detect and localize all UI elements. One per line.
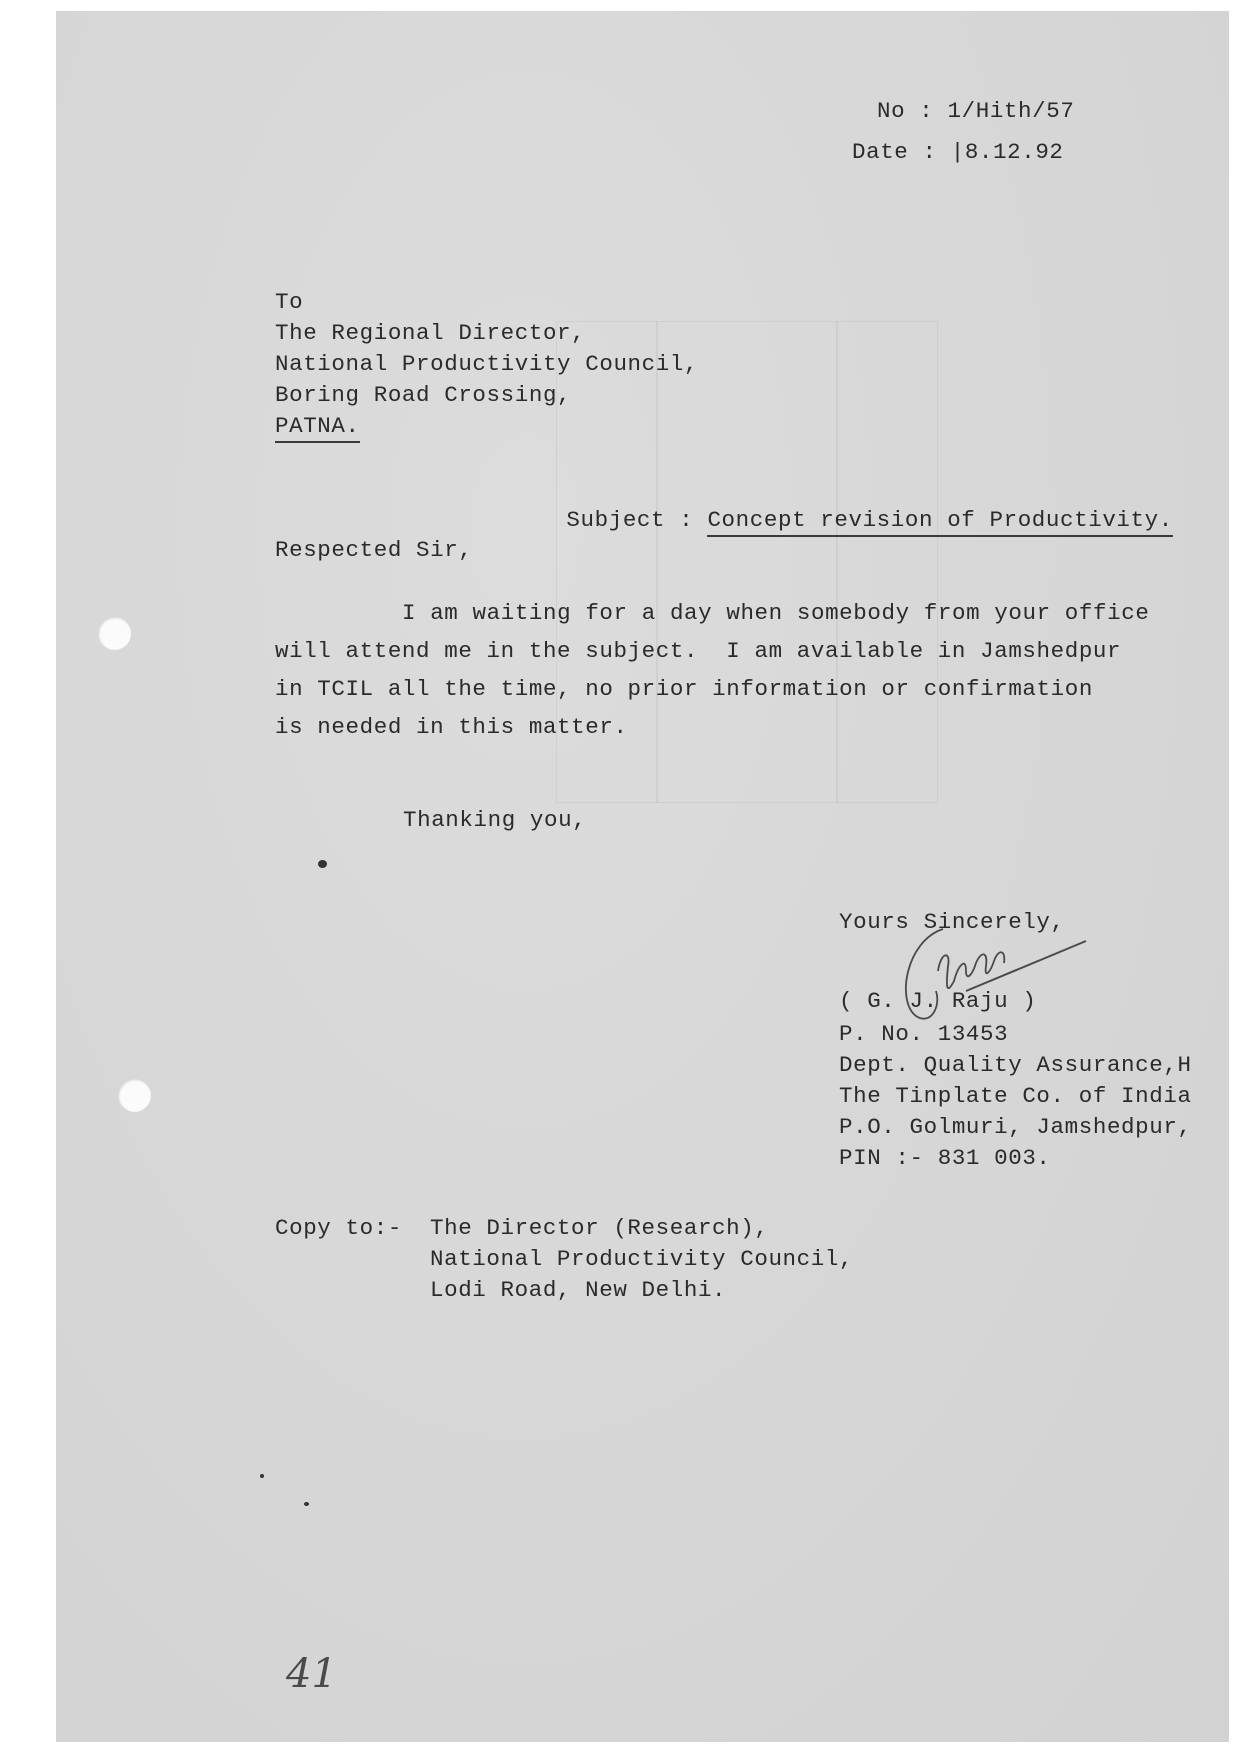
punch-hole <box>98 617 131 650</box>
closing: Thanking you, <box>403 807 586 833</box>
copy-to-line: The Director (Research), <box>430 1215 768 1241</box>
signatory-detail: P. No. 13453 <box>839 1021 1008 1047</box>
show-through-rule <box>656 321 658 803</box>
body-line: in TCIL all the time, no prior informati… <box>275 676 1093 702</box>
copy-to-line: National Productivity Council, <box>430 1246 853 1272</box>
handwritten-page-number: 41 <box>286 1651 337 1697</box>
show-through-rule <box>836 321 838 803</box>
recipient-line: Boring Road Crossing, <box>275 382 571 408</box>
subject-line: Subject : Concept revision of Productivi… <box>510 481 1173 559</box>
recipient-to: To <box>275 289 303 315</box>
recipient-line: National Productivity Council, <box>275 351 698 377</box>
copy-to-label: Copy to:- <box>275 1215 416 1241</box>
signatory-detail: Dept. Quality Assurance,H <box>839 1052 1192 1078</box>
letter-date: Date : |8.12.92 <box>852 139 1064 165</box>
signatory-detail: PIN :- 831 003. <box>839 1145 1051 1171</box>
recipient-city: PATNA. <box>275 413 360 443</box>
recipient-line: The Regional Director, <box>275 320 585 346</box>
body-line: I am waiting for a day when somebody fro… <box>402 600 1149 626</box>
body-line: is needed in this matter. <box>275 714 628 740</box>
subject-label: Subject : <box>566 507 707 533</box>
ink-spot <box>318 860 327 868</box>
body-line: will attend me in the subject. I am avai… <box>275 638 1121 664</box>
signatory-detail: P.O. Golmuri, Jamshedpur, <box>839 1114 1192 1140</box>
punch-hole <box>118 1079 151 1112</box>
copy-to-line: Lodi Road, New Delhi. <box>430 1277 726 1303</box>
letter-page: No : 1/Hith/57 Date : |8.12.92 To The Re… <box>56 11 1229 1742</box>
subject-text: Concept revision of Productivity. <box>707 507 1172 537</box>
salutation: Respected Sir, <box>275 537 472 563</box>
stray-mark <box>260 1474 264 1478</box>
reference-number: No : 1/Hith/57 <box>877 98 1074 124</box>
stray-mark <box>304 1502 309 1506</box>
signatory-detail: The Tinplate Co. of India <box>839 1083 1192 1109</box>
signatory-name: ( G. J. Raju ) <box>839 988 1036 1014</box>
